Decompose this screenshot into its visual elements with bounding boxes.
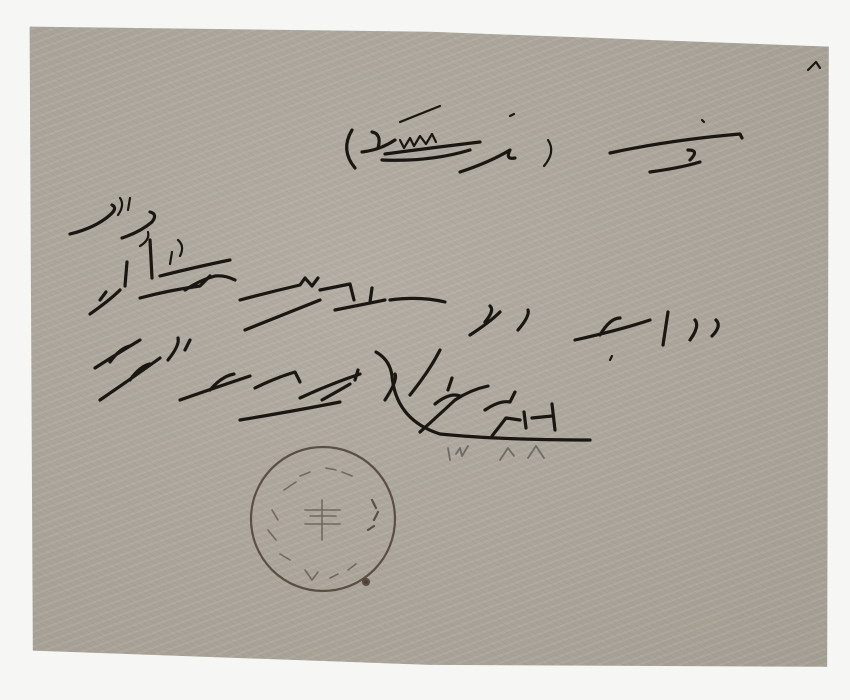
side-address-script [70, 198, 230, 278]
address-line-2-script [95, 338, 440, 420]
postmark [251, 447, 395, 591]
honorific-script [610, 120, 742, 172]
pencil-year [448, 446, 544, 460]
corner-mark [808, 62, 820, 70]
handwriting-layer [0, 0, 850, 700]
top-note-script [347, 106, 552, 172]
date-line-script [376, 352, 590, 440]
address-line-1-script [90, 262, 718, 360]
